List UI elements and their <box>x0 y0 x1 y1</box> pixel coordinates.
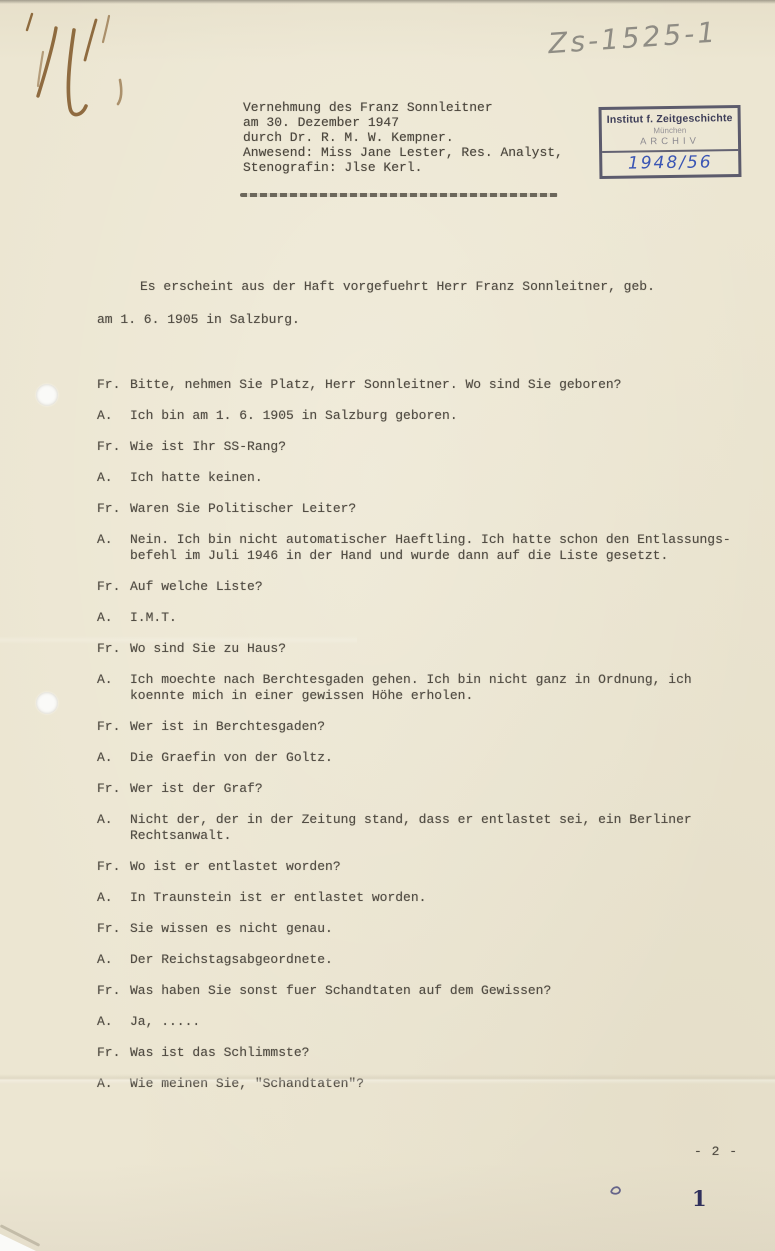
qa-speaker: A. <box>97 952 130 968</box>
next-page-number-typed: - 2 - <box>694 1144 738 1159</box>
punch-hole-bottom <box>36 692 58 714</box>
stamp-archiv-label: ARCHIV <box>602 135 738 148</box>
qa-speaker: Fr. <box>97 501 130 517</box>
qa-text-line: Auf welche Liste? <box>130 579 747 595</box>
qa-speaker: A. <box>97 890 130 906</box>
qa-text-line: befehl im Juli 1946 in der Hand und wurd… <box>130 548 747 564</box>
header-line: Anwesend: Miss Jane Lester, Res. Analyst… <box>243 145 563 160</box>
qa-speaker: A. <box>97 750 130 766</box>
qa-text-line: Was ist das Schlimmste? <box>130 1045 747 1061</box>
qa-text-line: Die Graefin von der Goltz. <box>130 750 747 766</box>
qa-row: Fr. Wer ist der Graf? <box>97 781 747 797</box>
page-number-stamp: 1 <box>692 1186 707 1211</box>
qa-text-line: Wer ist der Graf? <box>130 781 747 797</box>
qa-speaker: Fr. <box>97 983 130 999</box>
qa-text-line: Wer ist in Berchtesgaden? <box>130 719 747 735</box>
qa-speaker: Fr. <box>97 579 130 595</box>
qa-row: A. Ich moechte nach Berchtesgaden gehen.… <box>97 672 747 704</box>
qa-row: Fr. Was ist das Schlimmste? <box>97 1045 747 1061</box>
pen-stroke-marks <box>8 6 148 131</box>
qa-row: A. I.M.T. <box>97 610 747 626</box>
qa-text-line: In Traunstein ist er entlastet worden. <box>130 890 747 906</box>
qa-text-line: koennte mich in einer gewissen Höhe erho… <box>130 688 747 704</box>
qa-row: Fr. Waren Sie Politischer Leiter? <box>97 501 747 517</box>
header-line: Stenografin: Jlse Kerl. <box>243 160 563 175</box>
qa-speaker: Fr. <box>97 1045 130 1061</box>
qa-row: Fr. Auf welche Liste? <box>97 579 747 595</box>
archive-code-handwritten: Zs-1525-1 <box>547 13 759 61</box>
qa-row: A. Ich bin am 1. 6. 1905 in Salzburg geb… <box>97 408 747 424</box>
intro-paragraph: Es erscheint aus der Haft vorgefuehrt He… <box>97 279 747 328</box>
qa-text-line: Wo ist er entlastet worden? <box>130 859 747 875</box>
qa-speaker: Fr. <box>97 439 130 455</box>
qa-text-line: I.M.T. <box>130 610 747 626</box>
qa-row: A. Nein. Ich bin nicht automatischer Hae… <box>97 532 747 564</box>
qa-speaker: A. <box>97 470 130 486</box>
interrogation-header: Vernehmung des Franz Sonnleitner am 30. … <box>243 100 563 175</box>
qa-speaker: A. <box>97 672 130 704</box>
qa-text-line: Waren Sie Politischer Leiter? <box>130 501 747 517</box>
punch-hole-top <box>36 384 58 406</box>
qa-row: Fr. Wo ist er entlastet worden? <box>97 859 747 875</box>
qa-text-line: Nein. Ich bin nicht automatischer Haeftl… <box>130 532 747 548</box>
qa-speaker: A. <box>97 408 130 424</box>
qa-text-line: Ich bin am 1. 6. 1905 in Salzburg gebore… <box>130 408 747 424</box>
stamp-city: München <box>602 125 738 136</box>
qa-text-line: Bitte, nehmen Sie Platz, Herr Sonnleitne… <box>130 377 747 393</box>
header-line: Vernehmung des Franz Sonnleitner <box>243 100 563 115</box>
qa-speaker: Fr. <box>97 377 130 393</box>
qa-row: A. Der Reichstagsabgeordnete. <box>97 952 747 968</box>
qa-row: Fr. Was haben Sie sonst fuer Schandtaten… <box>97 983 747 999</box>
qa-speaker: Fr. <box>97 921 130 937</box>
qa-text-line: Ja, ..... <box>130 1014 747 1030</box>
archive-stamp: Institut f. Zeitgeschichte München ARCHI… <box>599 105 742 179</box>
qa-row: Fr. Bitte, nehmen Sie Platz, Herr Sonnle… <box>97 377 747 393</box>
qa-row: A. Ich hatte keinen. <box>97 470 747 486</box>
header-line: am 30. Dezember 1947 <box>243 115 563 130</box>
document-page: Zs-1525-1 Vernehmung des Franz Sonnleitn… <box>0 0 775 1251</box>
qa-speaker: Fr. <box>97 781 130 797</box>
paper-crease <box>0 636 357 644</box>
qa-row: A. Nicht der, der in der Zeitung stand, … <box>97 812 747 844</box>
qa-text-line: Ich moechte nach Berchtesgaden gehen. Ic… <box>130 672 747 688</box>
stamp-institute-name: Institut f. Zeitgeschichte <box>602 112 738 126</box>
ink-scribble-mark <box>608 1183 624 1197</box>
qa-text-line: Der Reichstagsabgeordnete. <box>130 952 747 968</box>
qa-row: Fr. Wie ist Ihr SS-Rang? <box>97 439 747 455</box>
qa-row: A. In Traunstein ist er entlastet worden… <box>97 890 747 906</box>
scan-edge <box>0 0 775 4</box>
qa-speaker: A. <box>97 1014 130 1030</box>
qa-text-line: Sie wissen es nicht genau. <box>130 921 747 937</box>
qa-row: Fr. Sie wissen es nicht genau. <box>97 921 747 937</box>
intro-line: Es erscheint aus der Haft vorgefuehrt He… <box>97 279 747 295</box>
qa-speaker: Fr. <box>97 719 130 735</box>
qa-text-line: Nicht der, der in der Zeitung stand, das… <box>130 812 747 828</box>
typed-separator-line <box>240 193 558 197</box>
qa-row: Fr. Wer ist in Berchtesgaden? <box>97 719 747 735</box>
qa-row: A. Die Graefin von der Goltz. <box>97 750 747 766</box>
qa-text-line: Rechtsanwalt. <box>130 828 747 844</box>
stamp-accession-number: 1948/56 <box>602 151 738 176</box>
header-line: durch Dr. R. M. W. Kempner. <box>243 130 563 145</box>
qa-speaker: A. <box>97 812 130 844</box>
paper-crease <box>0 1074 775 1084</box>
qa-speaker: A. <box>97 610 130 626</box>
qa-text-line: Was haben Sie sonst fuer Schandtaten auf… <box>130 983 747 999</box>
intro-line: am 1. 6. 1905 in Salzburg. <box>97 312 747 328</box>
qa-row: A. Ja, ..... <box>97 1014 747 1030</box>
qa-text-line: Ich hatte keinen. <box>130 470 747 486</box>
qa-transcript: Fr. Bitte, nehmen Sie Platz, Herr Sonnle… <box>97 377 747 1107</box>
qa-text-line: Wie ist Ihr SS-Rang? <box>130 439 747 455</box>
qa-speaker: A. <box>97 532 130 564</box>
qa-speaker: Fr. <box>97 859 130 875</box>
